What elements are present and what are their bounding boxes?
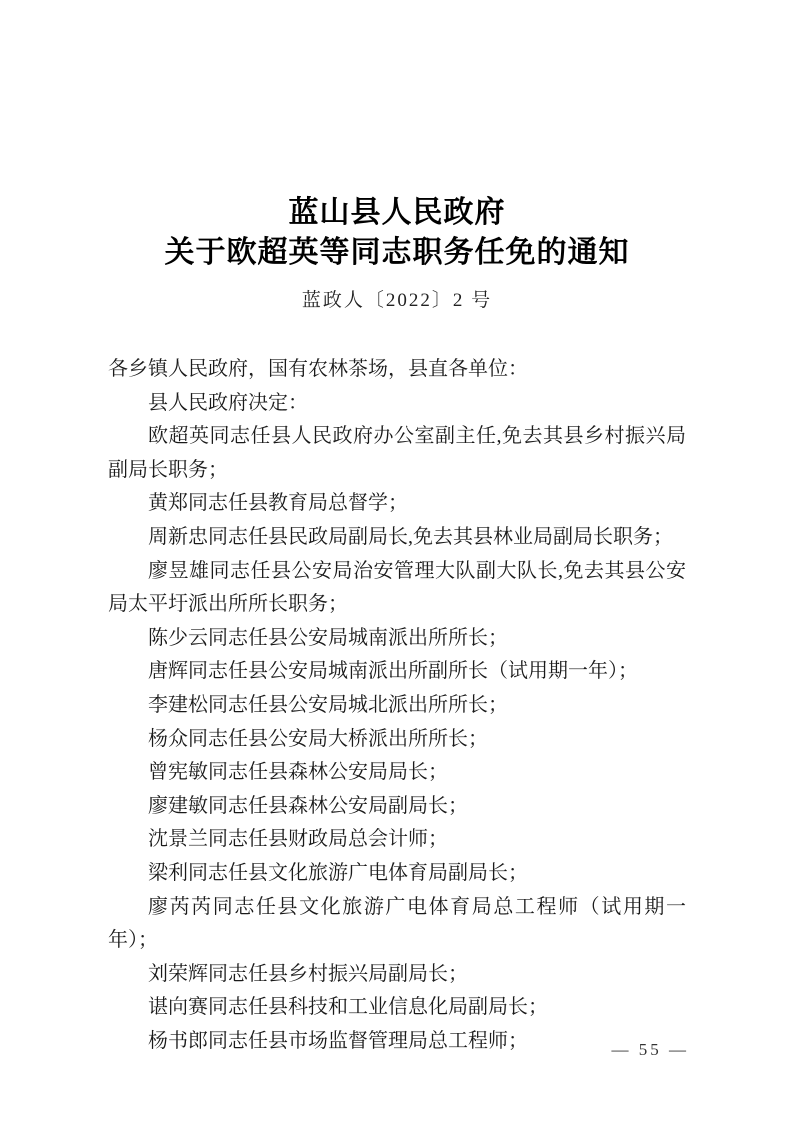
paragraph: 廖芮芮同志任县文化旅游广电体育局总工程师（试用期一年）； bbox=[108, 891, 686, 958]
paragraph: 欧超英同志任县人民政府办公室副主任,免去其县乡村振兴局副局长职务； bbox=[108, 420, 686, 487]
document-title-block: 蓝山县人民政府 关于欧超英等同志职务任免的通知 bbox=[108, 0, 686, 273]
document-number: 蓝政人〔2022〕2 号 bbox=[108, 289, 686, 313]
paragraph: 各乡镇人民政府，国有农林茶场，县直各单位： bbox=[108, 353, 686, 387]
paragraph: 廖建敏同志任县森林公安局副局长； bbox=[108, 790, 686, 824]
paragraph: 刘荣辉同志任县乡村振兴局副局长； bbox=[108, 958, 686, 992]
paragraph: 廖昱雄同志任县公安局治安管理大队副大队长,免去其县公安局太平圩派出所所长职务； bbox=[108, 555, 686, 622]
paragraph: 杨书郎同志任县市场监督管理局总工程师； bbox=[108, 1025, 686, 1059]
page-number: — 55 — bbox=[612, 1040, 690, 1060]
paragraph: 李建松同志任县公安局城北派出所所长； bbox=[108, 689, 686, 723]
document-title-line-1: 蓝山县人民政府 bbox=[108, 193, 686, 233]
paragraph: 杨众同志任县公安局大桥派出所所长； bbox=[108, 723, 686, 757]
document-content: 蓝山县人民政府 关于欧超英等同志职务任免的通知 蓝政人〔2022〕2 号 各乡镇… bbox=[0, 0, 793, 1058]
paragraph: 黄郑同志任县教育局总督学； bbox=[108, 487, 686, 521]
document-body: 各乡镇人民政府，国有农林茶场，县直各单位：县人民政府决定：欧超英同志任县人民政府… bbox=[108, 353, 686, 1058]
paragraph: 县人民政府决定： bbox=[108, 387, 686, 421]
paragraph: 谌向赛同志任县科技和工业信息化局副局长； bbox=[108, 991, 686, 1025]
paragraph: 陈少云同志任县公安局城南派出所所长； bbox=[108, 622, 686, 656]
document-title-line-2: 关于欧超英等同志职务任免的通知 bbox=[108, 233, 686, 273]
paragraph: 唐辉同志任县公安局城南派出所副所长（试用期一年）； bbox=[108, 655, 686, 689]
document-page: 蓝山县人民政府 关于欧超英等同志职务任免的通知 蓝政人〔2022〕2 号 各乡镇… bbox=[0, 0, 793, 1122]
paragraph: 梁利同志任县文化旅游广电体育局副局长； bbox=[108, 857, 686, 891]
paragraph: 曾宪敏同志任县森林公安局局长； bbox=[108, 756, 686, 790]
paragraph: 周新忠同志任县民政局副局长,免去其县林业局副局长职务； bbox=[108, 521, 686, 555]
paragraph: 沈景兰同志任县财政局总会计师； bbox=[108, 823, 686, 857]
